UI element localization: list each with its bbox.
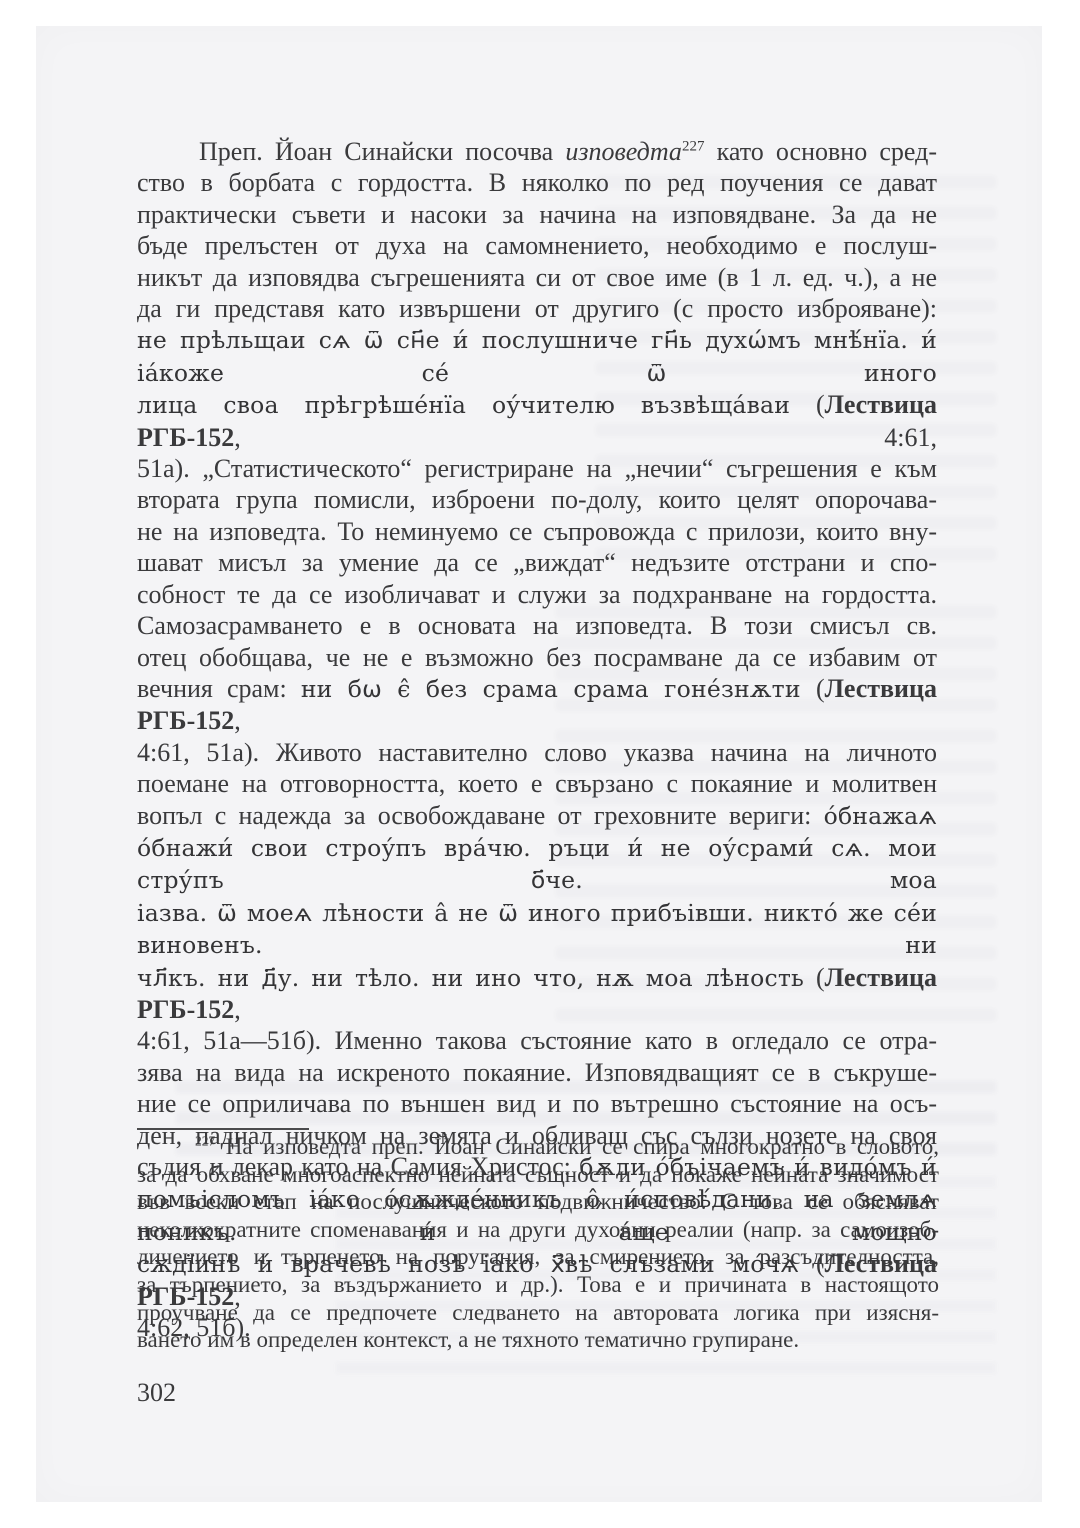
text-segment: втората група помисли, изброени по-долу,… — [137, 485, 937, 514]
text-segment: ство в борбата с гордостта. В няколко по… — [137, 168, 937, 197]
text-segment: поемане на отговорността, което е свърза… — [137, 769, 937, 798]
text-segment: изповедта — [565, 137, 682, 166]
text-segment: практически съвети и насоки за начина на… — [137, 200, 937, 229]
page-number: 302 — [137, 1378, 176, 1408]
footnote-divider — [137, 1128, 309, 1130]
text-line: чл҃къ. ни д҃у. ни тѣло. ни ино что, нѫ м… — [137, 962, 937, 1026]
church-slavonic-quote: чл҃къ. ни д҃у. ни тѣло. ни ино что, нѫ м… — [137, 964, 816, 992]
text-segment: На изповедта преп. Йоан Синайски се спир… — [215, 1134, 939, 1159]
text-segment: не на изповедта. То неминуемо се съпрово… — [137, 517, 937, 546]
text-segment: , 4:61, — [234, 423, 937, 452]
text-line: Преп. Йоан Синайски посочва изповедта227… — [137, 136, 937, 167]
text-segment: вопъл с надежда за освобождаване от грех… — [137, 801, 824, 830]
text-segment: ването им в определен контекст, а не тях… — [137, 1327, 799, 1352]
text-line: іазва. ѿ моеѧ лѣности а̂ не ѿ иного приб… — [137, 897, 937, 962]
text-segment: отец обобщава, че не е възможно без поср… — [137, 643, 937, 672]
text-segment: личението и търпенето на поругания, за с… — [137, 1244, 939, 1269]
footnote-line: личението и търпенето на поругания, за с… — [137, 1243, 939, 1271]
text-segment: , — [234, 706, 241, 735]
footnote-line: за да обхване многоаспектно нейната същн… — [137, 1161, 939, 1189]
text-segment: 4:61, 51а—51б). Именно такова състояние … — [137, 1026, 937, 1055]
text-line: не на изповедта. То неминуемо се съпрово… — [137, 516, 937, 547]
text-line: 4:61, 51а—51б). Именно такова състояние … — [137, 1025, 937, 1056]
text-segment: като основно сред- — [704, 137, 937, 166]
text-line: практически съвети и насоки за начина на… — [137, 199, 937, 230]
text-line: да ги представя като извършени от другиг… — [137, 293, 937, 324]
footnote-line: 227 На изповедта преп. Йоан Синайски се … — [137, 1133, 939, 1161]
text-line: 4:61, 51а). Живото наставително слово ук… — [137, 737, 937, 768]
footnote-line: неколкократните споменавания и на други … — [137, 1216, 939, 1244]
footnote-line: ването им в определен контекст, а не тях… — [137, 1326, 939, 1354]
text-segment: неколкократните споменавания и на други … — [137, 1217, 939, 1242]
text-segment: , — [234, 995, 241, 1024]
footnote-line: във всеки етап на послушническото подвиж… — [137, 1188, 939, 1216]
text-segment: да ги представя като извършени от другиг… — [137, 294, 937, 323]
text-line: Самозасрамването е в основата на изповед… — [137, 610, 937, 641]
text-line: отец обобщава, че не е възможно без поср… — [137, 642, 937, 673]
text-line: вечния срам: ни бѡ є̂ без срама срама го… — [137, 673, 937, 737]
text-segment: Преп. Йоан Синайски посочва — [199, 137, 565, 166]
text-line: поемане на отговорността, което е свърза… — [137, 768, 937, 799]
text-segment: за търпението, за въздържанието и др.). … — [137, 1272, 939, 1297]
text-segment: ( — [816, 390, 825, 419]
text-line: 51а). „Статистическото“ регистриране на … — [137, 453, 937, 484]
text-line: зява на вида на искреното покаяние. Изпо… — [137, 1057, 937, 1088]
footnote-marker: 227 — [682, 138, 705, 154]
text-segment: проучване да се предпочете следването на… — [137, 1300, 939, 1325]
text-line: никът да изповядва съгрешенията си от св… — [137, 262, 937, 293]
text-line: бъде прелъстен от духа на самомнението, … — [137, 230, 937, 261]
scanned-book-page: { "page": { "number": "302", "background… — [0, 0, 1080, 1528]
text-segment: 4:61, 51а). Живото наставително слово ук… — [137, 738, 937, 767]
text-segment: за да обхване многоаспектно нейната същн… — [137, 1162, 939, 1187]
text-segment: никът да изповядва съгрешенията си от св… — [137, 263, 937, 292]
text-segment: във всеки етап на послушническото подвиж… — [137, 1189, 939, 1214]
text-segment: 51а). „Статистическото“ регистриране на … — [137, 454, 937, 483]
text-segment: ние се оприличава по външен вид и по вът… — [137, 1089, 937, 1118]
text-segment: Самозасрамването е в основата на изповед… — [137, 611, 937, 640]
text-segment: ( — [816, 963, 825, 992]
text-line: шават мисъл за умение да се „виждат“ нед… — [137, 547, 937, 578]
church-slavonic-quote: лица своа прѣгрѣше́нїа оу́чителю възвѣща… — [137, 391, 816, 419]
footnote-line: проучване да се предпочете следването на… — [137, 1299, 939, 1327]
text-line: ние се оприличава по външен вид и по вът… — [137, 1088, 937, 1119]
text-segment: шават мисъл за умение да се „виждат“ нед… — [137, 548, 937, 577]
text-line: втората група помисли, изброени по-долу,… — [137, 484, 937, 515]
text-segment: собност те да се изобличават и служи за … — [137, 580, 937, 609]
church-slavonic-quote: не прѣльщаи сѧ ѿ сн҃е и́ послушниче гн҃ь… — [137, 326, 937, 386]
church-slavonic-quote: о́бнажи́ свои строу́пъ вра́чю. ръци и́ н… — [137, 834, 937, 894]
text-line: не прѣльщаи сѧ ѿ сн҃е и́ послушниче гн҃ь… — [137, 324, 937, 389]
text-segment: зява на вида на искреното покаяние. Изпо… — [137, 1058, 937, 1087]
text-line: собност те да се изобличават и служи за … — [137, 579, 937, 610]
text-line: о́бнажи́ свои строу́пъ вра́чю. ръци и́ н… — [137, 832, 937, 897]
footnote-text: 227 На изповедта преп. Йоан Синайски се … — [137, 1133, 939, 1354]
text-segment: бъде прелъстен от духа на самомнението, … — [137, 231, 937, 260]
text-line: лица своа прѣгрѣше́нїа оу́чителю възвѣща… — [137, 389, 937, 453]
church-slavonic-quote: о́бнажаѧ — [824, 802, 937, 830]
text-line: вопъл с надежда за освобождаване от грех… — [137, 800, 937, 832]
text-line: ство в борбата с гордостта. В няколко по… — [137, 167, 937, 198]
church-slavonic-quote: іазва. ѿ моеѧ лѣности а̂ не ѿ иного приб… — [137, 899, 937, 959]
text-segment: вечния срам: — [137, 674, 301, 703]
footnote-marker: 227 — [195, 1133, 215, 1148]
text-segment: ( — [816, 674, 825, 703]
church-slavonic-quote: ни бѡ є̂ без срама срама гоне́знѫти — [301, 675, 816, 703]
footnote-line: за търпението, за въздържанието и др.). … — [137, 1271, 939, 1299]
